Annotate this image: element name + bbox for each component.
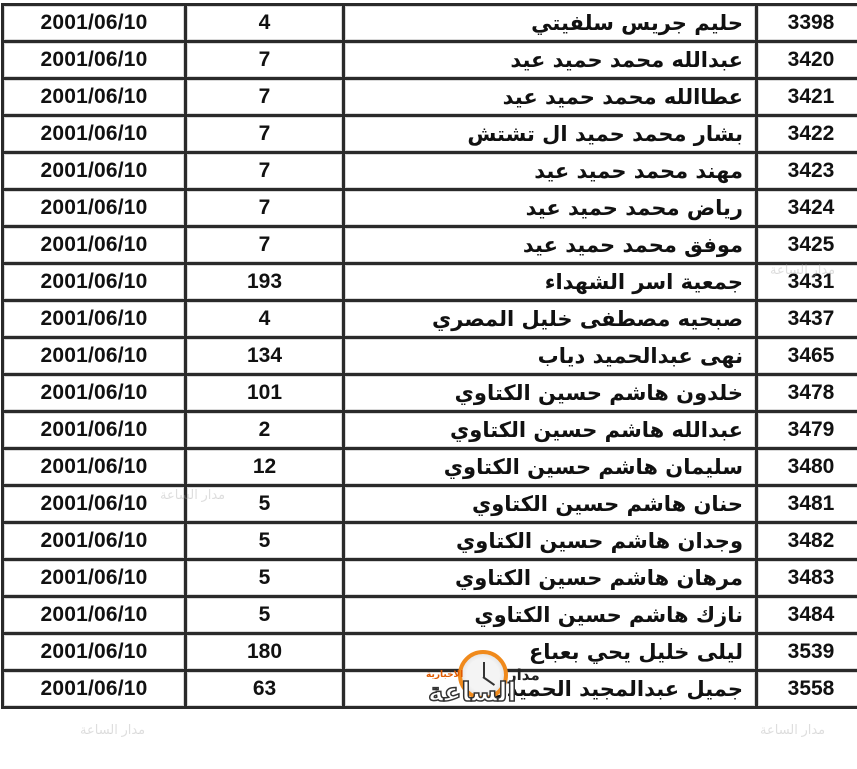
id-cell: 3437 (757, 301, 857, 338)
id-cell: 3482 (757, 523, 857, 560)
date-cell: 2001/06/10 (3, 5, 186, 42)
table-row: 2001/06/10 5 حنان هاشم حسين الكتاوي 3481 (3, 486, 857, 523)
name-cell: حنان هاشم حسين الكتاوي (344, 486, 757, 523)
date-cell: 2001/06/10 (3, 375, 186, 412)
table-row: 2001/06/10 180 ليلى خليل يحي بعباع 3539 (3, 634, 857, 671)
name-cell: بشار محمد حميد ال تشتش (344, 116, 757, 153)
date-cell: 2001/06/10 (3, 671, 186, 708)
table-row: 2001/06/10 4 حليم جريس سلفيتي 3398 (3, 5, 857, 42)
name-cell: رياض محمد حميد عيد (344, 190, 757, 227)
id-cell: 3425 (757, 227, 857, 264)
id-cell: 3421 (757, 79, 857, 116)
date-cell: 2001/06/10 (3, 42, 186, 79)
table-row: 2001/06/10 12 سليمان هاشم حسين الكتاوي 3… (3, 449, 857, 486)
table-row: 2001/06/10 5 مرهان هاشم حسين الكتاوي 348… (3, 560, 857, 597)
id-cell: 3431 (757, 264, 857, 301)
quantity-cell: 7 (186, 153, 344, 190)
quantity-cell: 101 (186, 375, 344, 412)
quantity-cell: 5 (186, 560, 344, 597)
quantity-cell: 4 (186, 301, 344, 338)
date-cell: 2001/06/10 (3, 560, 186, 597)
name-cell: جميل عبدالمجيد الحميدي (344, 671, 757, 708)
table-row: 2001/06/10 7 مهند محمد حميد عيد 3423 (3, 153, 857, 190)
table-row: 2001/06/10 7 عبدالله محمد حميد عيد 3420 (3, 42, 857, 79)
date-cell: 2001/06/10 (3, 227, 186, 264)
table-row: 2001/06/10 2 عبدالله هاشم حسين الكتاوي 3… (3, 412, 857, 449)
faint-watermark: مدار الساعة (80, 722, 145, 738)
quantity-cell: 7 (186, 190, 344, 227)
id-cell: 3465 (757, 338, 857, 375)
quantity-cell: 63 (186, 671, 344, 708)
quantity-cell: 2 (186, 412, 344, 449)
date-cell: 2001/06/10 (3, 597, 186, 634)
id-cell: 3420 (757, 42, 857, 79)
table-row: 2001/06/10 193 جمعية اسر الشهداء 3431 (3, 264, 857, 301)
id-cell: 3481 (757, 486, 857, 523)
quantity-cell: 7 (186, 42, 344, 79)
id-cell: 3480 (757, 449, 857, 486)
name-cell: عبدالله محمد حميد عيد (344, 42, 757, 79)
records-table: 2001/06/10 4 حليم جريس سلفيتي 3398 2001/… (1, 3, 857, 709)
quantity-cell: 5 (186, 597, 344, 634)
date-cell: 2001/06/10 (3, 116, 186, 153)
id-cell: 3483 (757, 560, 857, 597)
table-row: 2001/06/10 7 عطاالله محمد حميد عيد 3421 (3, 79, 857, 116)
name-cell: خلدون هاشم حسين الكتاوي (344, 375, 757, 412)
table-row: 2001/06/10 7 بشار محمد حميد ال تشتش 3422 (3, 116, 857, 153)
date-cell: 2001/06/10 (3, 79, 186, 116)
quantity-cell: 7 (186, 79, 344, 116)
table-row: 2001/06/10 7 موفق محمد حميد عيد 3425 (3, 227, 857, 264)
date-cell: 2001/06/10 (3, 523, 186, 560)
date-cell: 2001/06/10 (3, 264, 186, 301)
date-cell: 2001/06/10 (3, 338, 186, 375)
faint-watermark: مدار الساعة (760, 722, 825, 738)
table-row: 2001/06/10 134 نهى عبدالحميد دياب 3465 (3, 338, 857, 375)
name-cell: عبدالله هاشم حسين الكتاوي (344, 412, 757, 449)
table-row: 2001/06/10 7 رياض محمد حميد عيد 3424 (3, 190, 857, 227)
name-cell: جمعية اسر الشهداء (344, 264, 757, 301)
name-cell: نهى عبدالحميد دياب (344, 338, 757, 375)
quantity-cell: 7 (186, 227, 344, 264)
name-cell: نازك هاشم حسين الكتاوي (344, 597, 757, 634)
quantity-cell: 7 (186, 116, 344, 153)
id-cell: 3422 (757, 116, 857, 153)
date-cell: 2001/06/10 (3, 153, 186, 190)
name-cell: عطاالله محمد حميد عيد (344, 79, 757, 116)
quantity-cell: 12 (186, 449, 344, 486)
date-cell: 2001/06/10 (3, 301, 186, 338)
quantity-cell: 180 (186, 634, 344, 671)
id-cell: 3423 (757, 153, 857, 190)
quantity-cell: 5 (186, 486, 344, 523)
id-cell: 3424 (757, 190, 857, 227)
document-page: 2001/06/10 4 حليم جريس سلفيتي 3398 2001/… (0, 0, 857, 769)
name-cell: موفق محمد حميد عيد (344, 227, 757, 264)
name-cell: مرهان هاشم حسين الكتاوي (344, 560, 757, 597)
id-cell: 3484 (757, 597, 857, 634)
name-cell: سليمان هاشم حسين الكتاوي (344, 449, 757, 486)
id-cell: 3478 (757, 375, 857, 412)
table-row: 2001/06/10 5 نازك هاشم حسين الكتاوي 3484 (3, 597, 857, 634)
date-cell: 2001/06/10 (3, 412, 186, 449)
table-row: 2001/06/10 5 وجدان هاشم حسين الكتاوي 348… (3, 523, 857, 560)
id-cell: 3558 (757, 671, 857, 708)
table-row: 2001/06/10 4 صبحيه مصطفى خليل المصري 343… (3, 301, 857, 338)
quantity-cell: 4 (186, 5, 344, 42)
name-cell: مهند محمد حميد عيد (344, 153, 757, 190)
id-cell: 3539 (757, 634, 857, 671)
name-cell: وجدان هاشم حسين الكتاوي (344, 523, 757, 560)
name-cell: حليم جريس سلفيتي (344, 5, 757, 42)
id-cell: 3398 (757, 5, 857, 42)
date-cell: 2001/06/10 (3, 449, 186, 486)
id-cell: 3479 (757, 412, 857, 449)
table-row: 2001/06/10 63 جميل عبدالمجيد الحميدي 355… (3, 671, 857, 708)
name-cell: ليلى خليل يحي بعباع (344, 634, 757, 671)
name-cell: صبحيه مصطفى خليل المصري (344, 301, 757, 338)
date-cell: 2001/06/10 (3, 190, 186, 227)
table-row: 2001/06/10 101 خلدون هاشم حسين الكتاوي 3… (3, 375, 857, 412)
date-cell: 2001/06/10 (3, 486, 186, 523)
date-cell: 2001/06/10 (3, 634, 186, 671)
quantity-cell: 134 (186, 338, 344, 375)
quantity-cell: 193 (186, 264, 344, 301)
quantity-cell: 5 (186, 523, 344, 560)
